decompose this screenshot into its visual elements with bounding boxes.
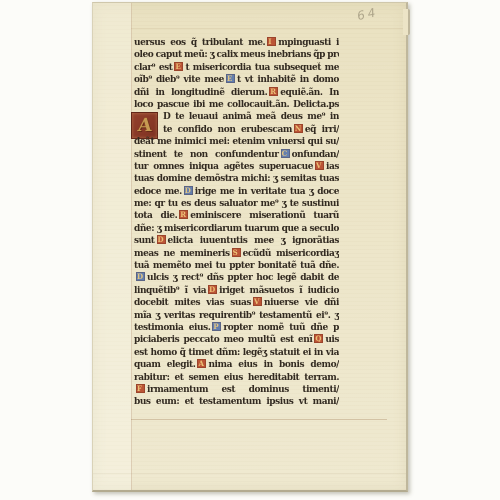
illuminated-initial: F <box>136 384 145 393</box>
text-segment: docebit mites vias suas <box>134 298 251 308</box>
text-segment: rabitur: et semen eius hereditabit terra… <box>134 373 339 383</box>
text-segment: eq̃ irri/ <box>305 125 339 135</box>
illuminated-initial: C <box>281 149 290 158</box>
text-segment: irige me in veritate tua ʒ doce <box>195 187 339 197</box>
text-segment: eminiscere miserationũ tuarũ <box>190 211 339 221</box>
illuminated-initial: I <box>267 37 276 46</box>
text-segment: piciaberis peccato meo multũ est enĩ <box>134 335 312 345</box>
text-segment: quam elegit. <box>134 360 195 370</box>
text-line: te confido non erubescamNeq̃ irri/ <box>134 124 339 136</box>
text-segment: ecũdũ misericordiaʒ <box>243 249 339 259</box>
text-segment: bus eum: et testamentum ipsius vt mani/ <box>134 397 339 407</box>
text-segment: te confido non erubescam <box>163 125 292 135</box>
text-segment: mpinguasti i <box>278 38 339 48</box>
text-line: D te leuaui animã meã deus me⁹ in <box>134 111 339 123</box>
illuminated-initial: P <box>212 322 221 331</box>
text-line: tuas domine demõstra michi: ʒ semitas tu… <box>134 173 339 185</box>
text-segment: dñe: ʒ misericordiarum tuarum que a secu… <box>134 224 339 234</box>
illuminated-initial: V <box>315 161 324 170</box>
text-segment: equiẽ.ãn. In <box>280 88 339 98</box>
text-block: A uersus eos q̃ tribulant me.Impinguasti… <box>134 37 339 409</box>
illuminated-initial: E <box>174 62 183 71</box>
text-line: clar⁹ estEt misericordia tua subsequet̃ … <box>134 62 339 74</box>
text-line: Firmamentum est dominus timenti/ <box>134 384 339 396</box>
text-line: quam elegit.Anima eius in bonis demo/ <box>134 359 339 371</box>
text-segment: loco pascue ibi me collocauit.ãn. Delict… <box>134 100 339 110</box>
illuminated-initial: D <box>157 235 166 244</box>
text-line: me: qr tu es deus saluator me⁹ ʒ te sust… <box>134 198 339 210</box>
text-segment: testimonia eius. <box>134 323 210 333</box>
illuminated-initial: R <box>179 210 188 219</box>
text-segment: niuerse vie dñi <box>264 298 339 308</box>
text-segment: tuã memẽto mei tu ppter bonitatẽ tuã dñe… <box>134 261 339 271</box>
text-line: oĩb⁹ dieb⁹ vite meeEt vt inhabitẽ in dom… <box>134 74 339 86</box>
text-line: Dulcis ʒ rect⁹ dñs ppter hoc legẽ dabit … <box>134 272 339 284</box>
text-segment: t misericordia tua subsequet̃ me <box>185 63 339 73</box>
text-line: tuã memẽto mei tu ppter bonitatẽ tuã dñe… <box>134 260 339 272</box>
text-segment: mĩa ʒ veritas requirentib⁹ testamentũ ei… <box>134 311 339 321</box>
text-line: linquẽtib⁹ ĩ viaDiriget mãsuetos ĩ iudic… <box>134 285 339 297</box>
text-line: meas ne meminerisSecũdũ misericordiaʒ <box>134 248 339 260</box>
text-line: tur omnes iniqua agẽtes superuacueVias <box>134 161 339 173</box>
text-segment: dñi in longitudinẽ dierum. <box>134 88 267 98</box>
illuminated-initial: N <box>294 124 303 133</box>
text-segment: t vt inhabitẽ in domo <box>237 75 339 85</box>
text-segment: oĩb⁹ dieb⁹ vite mee <box>134 75 224 85</box>
text-segment: tur omnes iniqua agẽtes superuacue <box>134 162 313 172</box>
text-line: loco pascue ibi me collocauit.ãn. Delict… <box>134 99 339 111</box>
ruling-line-top <box>131 28 406 29</box>
text-segment: tuas domine demõstra michi: ʒ semitas tu… <box>134 174 339 184</box>
text-line: edoce me.Dirige me in veritate tua ʒ doc… <box>134 186 339 198</box>
text-line: dñe: ʒ misericordiarum tuarum que a secu… <box>134 223 339 235</box>
text-line: est homo q̃ timet dñm: legẽʒ statuit ei … <box>134 347 339 359</box>
ruling-line-left <box>93 3 132 490</box>
text-segment: linquẽtib⁹ ĩ via <box>134 286 206 296</box>
text-line: dñi in longitudinẽ dierum.Requiẽ.ãn. In <box>134 87 339 99</box>
illuminated-initial: S <box>232 248 241 257</box>
text-line: uersus eos q̃ tribulant me.Impinguasti i <box>134 37 339 49</box>
illuminated-initial: E <box>226 74 235 83</box>
text-segment: uersus eos q̃ tribulant me. <box>134 38 265 48</box>
text-segment: onfundan/ <box>292 150 339 160</box>
text-segment: ias <box>326 162 339 172</box>
text-segment: irmamentum est dominus timenti/ <box>147 385 339 395</box>
leaf-edge-notch <box>403 9 410 35</box>
text-segment: iriget mãsuetos ĩ iudicio <box>219 286 339 296</box>
text-line: testimonia eius.Propter nomẽ tuũ dñe p <box>134 322 339 334</box>
illuminated-initial: A <box>197 359 206 368</box>
vellum-leaf: 64 A uersus eos q̃ tribulant me.Impingua… <box>92 2 408 492</box>
text-line: deãt me inimici mei: etenim vniuersi qui… <box>134 136 339 148</box>
folio-number-pencil: 64 <box>356 5 380 23</box>
text-segment: stinent te non confundentur <box>134 150 279 160</box>
text-line: piciaberis peccato meo multũ est enĩQuis <box>134 334 339 346</box>
text-segment: D te leuaui animã meã deus me⁹ in <box>163 112 339 122</box>
illuminated-initial: D <box>184 186 193 195</box>
text-segment: est homo q̃ timet dñm: legẽʒ statuit ei … <box>134 348 339 358</box>
text-segment: ulcis ʒ rect⁹ dñs ppter hoc legẽ dabit d… <box>147 273 339 283</box>
text-line: mĩa ʒ veritas requirentib⁹ testamentũ ei… <box>134 310 339 322</box>
text-line: bus eum: et testamentum ipsius vt mani/ <box>134 396 339 408</box>
text-segment: elicta iuuentutis mee ʒ ignorãtias <box>168 236 339 246</box>
illuminated-initial: R <box>269 87 278 96</box>
text-segment: edoce me. <box>134 187 182 197</box>
text-line: stinent te non confundenturConfundan/ <box>134 149 339 161</box>
text-line: rabitur: et semen eius hereditabit terra… <box>134 372 339 384</box>
text-segment: clar⁹ est <box>134 63 172 73</box>
illuminated-initial: V <box>253 297 262 306</box>
text-line: oleo caput meũ: ʒ calix meus inebrians q… <box>134 49 339 61</box>
text-segment: uis <box>325 335 339 345</box>
text-segment: deãt me inimici mei: etenim vniuersi qui… <box>134 137 339 147</box>
text-segment: me: qr tu es deus saluator me⁹ ʒ te sust… <box>134 199 339 209</box>
text-segment: nima eius in bonis demo/ <box>208 360 339 370</box>
illuminated-initial: Q <box>314 334 323 343</box>
scan-background: 64 A uersus eos q̃ tribulant me.Impingua… <box>0 0 500 500</box>
illuminated-initial: D <box>136 272 145 281</box>
text-segment: ropter nomẽ tuũ dñe p <box>223 323 339 333</box>
text-line: suntDelicta iuuentutis mee ʒ ignorãtias <box>134 235 339 247</box>
leaf-crease <box>93 473 406 475</box>
text-line: docebit mites vias suasVniuerse vie dñi <box>134 297 339 309</box>
text-segment: sunt <box>134 236 155 246</box>
text-line: tota die.Reminiscere miserationũ tuarũ <box>134 210 339 222</box>
text-segment: meas ne memineris <box>134 249 230 259</box>
illuminated-initial: D <box>208 285 217 294</box>
ruling-line-bottom <box>131 419 387 420</box>
text-segment: oleo caput meũ: ʒ calix meus inebrians q… <box>134 50 339 60</box>
text-segment: tota die. <box>134 211 177 221</box>
